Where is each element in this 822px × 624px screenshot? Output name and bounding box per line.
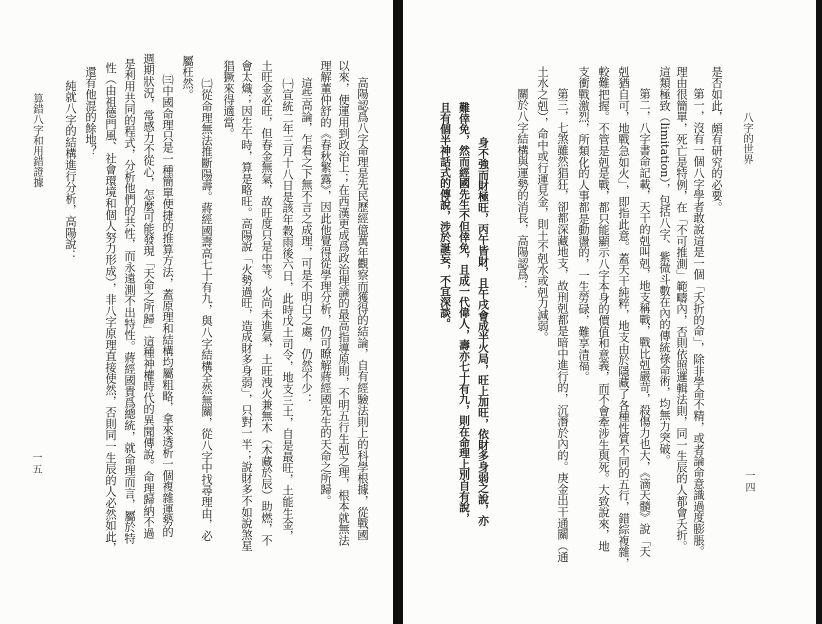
- running-header: 算錯八字和用錯證據: [32, 93, 44, 188]
- text-column: 是利用共同的程式，分析他們的共性，而永遠測不出特性。蔣經國貴爲總統，就命理而言，…: [122, 58, 136, 544]
- text-column: 以來，便運用到政治上；在西漢更成爲政治理論的最高指導原則，不明五行生剋之理，根本…: [336, 60, 350, 546]
- text-column: 屬枉然。: [180, 55, 194, 100]
- text-column: 剋猶自可，地戰急如火」，即指此意。蓋天干純粹，地支由於隱藏了各種性質不同的五行，…: [616, 66, 630, 569]
- text-column: 還有他混的餘地？: [83, 66, 97, 156]
- page-edge: [816, 0, 822, 624]
- book-gutter: [393, 0, 403, 624]
- text-column: 土旺金必旺，但春金無氣，故旺度只是中等。火尚未進氣，土旺洩火兼無木（木藏於辰）助…: [259, 60, 273, 546]
- text-column: 較難把握。不管是剋是戰，都只能顯示八字本身的價值和意義，而不會牽涉生與死。大致說…: [596, 66, 610, 552]
- text-column: 週期狀況，常感力不從心，怎麼可能發現「天命之所歸」這種神權時代的異聞傳說。命理歸…: [141, 53, 155, 539]
- text-column: 高陽認爲八字命理是先民歷經億萬年觀察而獲得的結論，自有經驗法則上的科學根據，從戰…: [355, 77, 369, 540]
- text-column: 猖獗來得適當。: [221, 60, 235, 139]
- text-column: 土水之剋），命中或行運見金，則土不剋水或剋力減弱。: [535, 66, 549, 343]
- page-number: 一四: [742, 470, 754, 494]
- left-page: 算錯八字和用錯證據 一五 高陽認爲八字命理是先民歷經億萬年觀察而獲得的結論，自有…: [0, 0, 393, 624]
- text-column: 這些高論，乍看之下無不言之成理，可是不明白之處，仍然不少：: [299, 77, 313, 405]
- text-column: 純就八字的結構進行分析，高陽說：: [63, 80, 77, 261]
- text-column: ㈢中國命理只是一種簡單便捷的推算方法，蓋原理和結構均屬粗略，拿來透析一個複雜運勢…: [160, 74, 174, 537]
- page-number: 一五: [29, 452, 41, 476]
- text-column: 關於八字結構與運勢的消長，高陽認爲：: [515, 88, 529, 291]
- text-column: 會太熾；因生午時，算是略旺。高陽說「火勢過旺，造成財多身弱」，只對一半；說財多不…: [239, 60, 253, 552]
- quote-column: 難倖免，然而經國先生不但倖免，且成一代偉人，壽亦七十有九，則在命理上別自有說，: [457, 102, 471, 523]
- text-column: 第二，八字書命記載，天干的剋叫剋，地支稱戰，戰比剋嚴苛，殺傷力也大，《滴天髓》說…: [637, 88, 651, 557]
- quote-column: 身不強而財極旺，丙午皆財，且午戌會成半火局，旺上加旺，依財多身弱之說，亦: [476, 137, 490, 526]
- text-column: 理解董仲舒的《春秋繁露》，因此他覺得從學理分析，仍可瞭解蔣經國先生的天命之所歸。: [318, 60, 332, 506]
- right-page: 八字的世界 一四 是否如此，頗有研究的必要。 第一，沒有一個八字學者敢說這是一個…: [403, 0, 816, 624]
- quote-column: 且有個半神話式的傳說，涉於誕妄，不宜深談。: [438, 102, 452, 329]
- text-column: 這類極致（limitation），包括八字、紫微斗數在內的傳統祿命術，均無力突破…: [657, 66, 671, 466]
- text-column: 理由很簡單，死亡是特例，在「不可推測」範疇內，否則依照邏輯法則，同一生辰的人都會…: [674, 66, 688, 552]
- text-column: 是否如此，頗有研究的必要。: [709, 66, 723, 213]
- text-column: ㈡從命理無法推斷陽壽。蔣經國壽高七十有九，與八字結構全然無關，從八字中找尋理由，…: [199, 78, 213, 541]
- text-column: ㈠宣統二年三月十八日是該年穀雨後六日，此時戊土司令，地支三土，自是最旺，土能生金…: [280, 78, 294, 541]
- text-column: 第一，沒有一個八字學者敢說這是一個「夭折的命」，除非學命不精，或者論命意識過度膨…: [691, 88, 705, 557]
- running-header: 八字的世界: [742, 112, 754, 165]
- text-column: 支衝戰激烈，所類化的人事都是動盪的，一生勞碌，難享清福。: [576, 66, 590, 382]
- text-column: 第三，七煞雖然猖狂，卻都深藏地支，故刑剋都是暗中進行的，沉潛於內的。庚金出干通關…: [555, 88, 569, 563]
- text-column: 性（由祖德門風、社會環境和個人努力形成），非八字原理直接使然，否則同一生辰的人必…: [103, 62, 117, 554]
